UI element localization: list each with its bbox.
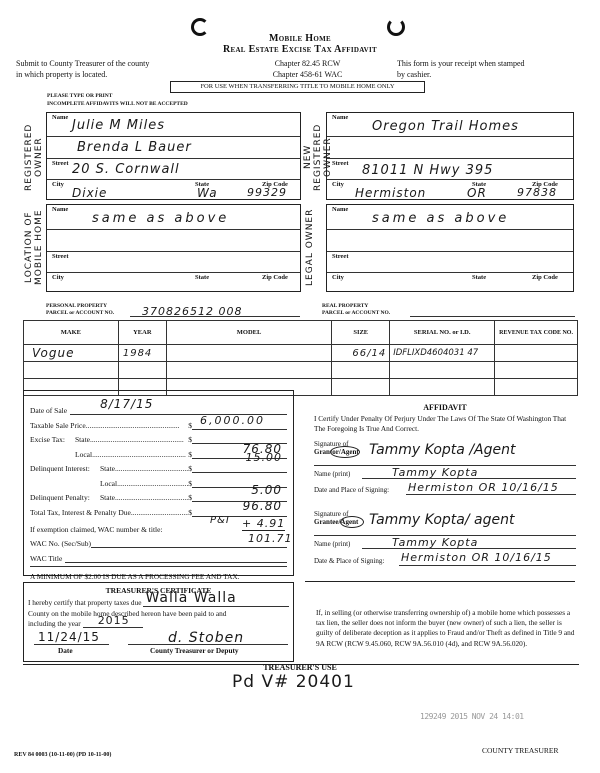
grantor-name-label: Name (print) [314,470,350,478]
grantor-name-row: Name (print) Tammy Kopta [314,466,576,480]
cell-revenue-code[interactable] [495,345,578,362]
cell-year[interactable] [118,362,166,379]
certify-text: I hereby certify that property taxes due [28,598,141,607]
wac-title-label: WAC Title [30,554,62,563]
header-make: MAKE [24,321,119,345]
delinquent-interest-state-label: State [100,464,115,473]
street-label: Street [332,160,348,167]
form-number: REV 84 0003 (10-11-00) (PD 10-11-00) [14,752,111,758]
leader-dots: ........................................… [92,450,188,459]
agent-circle-icon [340,516,364,528]
receipt-note-line1: This form is your receipt when stamped [397,58,525,69]
table-row: Vogue 1984 66/14 IDFLIXD4604031 47 [24,345,578,362]
registered-owner-street: 20 S. Cornwall [72,162,180,177]
table-row [24,362,578,379]
annotation-add: + 4.91 [242,517,285,531]
cert-date-value: 11/24/15 [38,630,100,644]
wac-title-row: WAC Title [30,548,287,563]
grantee-date-field[interactable]: Hermiston OR 10/16/15 [399,551,576,566]
submit-note: Submit to County Treasurer of the county… [16,58,149,80]
transfer-banner: FOR USE WHEN TRANSFERRING TITLE TO MOBIL… [170,81,425,93]
receipt-note: This form is your receipt when stamped b… [397,58,525,80]
grantee-date-place: Hermiston OR 10/16/15 [401,551,552,564]
location-name-field[interactable]: Name same as above [47,205,300,230]
street-label: Street [52,253,68,260]
leader-dots: ........................................… [86,421,189,430]
cell-serial[interactable]: IDFLIXD4604031 47 [390,345,495,362]
registered-owner-city[interactable]: Dixie [72,186,107,200]
real-parcel-label-line2: PARCEL or ACCOUNT NO. [322,310,390,317]
grantee-name-row: Name (print) Tammy Kopta [314,536,576,550]
cell-size[interactable] [332,379,390,396]
legal-owner-street-field[interactable]: Street [327,252,573,273]
cert-signature-row: 11/24/15 Date d. Stoben County Treasurer… [28,628,289,656]
grantee-name-field[interactable]: Tammy Kopta [362,536,576,549]
location-section-label: LOCATION OF MOBILE HOME [24,205,48,290]
wac-no-label: WAC No. (Sec/Sub) [30,539,91,548]
grantor-date-row: Date and Place of Signing: Hermiston OR … [314,480,576,496]
real-parcel-label-line1: REAL PROPERTY [322,303,390,310]
personal-parcel-value: 370826512 008 [142,305,242,318]
date-of-sale-value: 8/17/15 [100,397,153,411]
name-label: Name [52,114,68,121]
cell-model[interactable] [166,345,332,362]
section-label-line1: NEW REGISTERED [303,123,323,190]
name-label: Name [332,114,348,121]
grantor-signature-row: Signature of Grantor/Agent Tammy Kopta /… [314,438,576,466]
registered-owner-name2: Brenda L Bauer [77,140,192,155]
new-owner-city-row: City State Zip Code Hermiston OR 97838 [327,180,573,200]
city-label: City [332,274,344,281]
new-owner-name: Oregon Trail Homes [372,119,519,134]
header-model: MODEL [166,321,332,345]
city-label: City [52,274,64,281]
personal-parcel-label: PERSONAL PROPERTY PARCEL or ACCOUNT NO. [46,303,114,317]
grantor-name: Tammy Kopta [392,466,478,479]
cert-date-field[interactable]: 11/24/15 [34,630,109,645]
new-registered-owner-section-label: NEW REGISTERED OWNER [303,112,327,202]
new-registered-owner-box: Name Oregon Trail Homes Street 81011 N H… [326,112,574,200]
section-label-text: LEGAL OWNER [305,209,315,286]
instruction-incomplete: INCOMPLETE AFFIDAVITS WILL NOT BE ACCEPT… [47,100,188,108]
legal-owner-section-label: LEGAL OWNER [305,205,325,290]
cell-size[interactable]: 66/14 [332,345,390,362]
receipt-note-line2: by cashier. [397,69,525,80]
legal-owner-name2-field[interactable] [327,230,573,252]
chapter-wac: Chapter 458-61 WAC [250,69,365,80]
cert-signer-label: County Treasurer or Deputy [150,646,239,655]
real-parcel-field[interactable] [410,302,575,317]
delinquent-interest-label: Delinquent Interest: [30,464,100,473]
name-label: Name [52,206,68,213]
annotation-pi: P&I [210,515,230,526]
header-revenue-tax-code: REVENUE TAX CODE NO. [495,321,578,345]
registered-owner-name1-field[interactable]: Name Julie M Miles [47,113,300,137]
cell-make[interactable]: Vogue [24,345,119,362]
cell-model[interactable] [166,362,332,379]
date-of-sale-row: Date of Sale 8/17/15 [30,395,287,415]
form-subtitle: Real Estate Excise Tax Affidavit [0,44,600,55]
city-label: City [332,181,344,188]
tax-box: Date of Sale 8/17/15 Taxable Sale Price … [23,390,294,576]
exemption-label: If exemption claimed, WAC number & title… [30,525,163,534]
state-label: State [195,274,209,281]
treasurer-certificate-box: TREASURER'S CERTIFICATE I hereby certify… [23,582,294,662]
grantor-date-place: Hermiston OR 10/16/15 [408,481,559,494]
cert-date-label: Date [58,646,73,655]
leader-dots: ........................................… [115,493,188,502]
legal-owner-city-row[interactable]: City State Zip Code [327,273,573,291]
treasurer-use-title: TREASURER'S USE [0,663,600,672]
table-header-row: MAKE YEAR MODEL SIZE SERIAL NO. or I.D. … [24,321,578,345]
personal-parcel-label-line1: PERSONAL PROPERTY [46,303,114,310]
chapter-rcw: Chapter 82.45 RCW [250,58,365,69]
grantor-date-field[interactable]: Hermiston OR 10/16/15 [406,481,576,495]
header-size: SIZE [332,321,390,345]
affidavit-section: AFFIDAVIT I Certify Under Penalty Of Per… [314,403,576,568]
registered-owner-state[interactable]: Wa [197,186,218,200]
chapter-refs: Chapter 82.45 RCW Chapter 458-61 WAC [250,58,365,80]
county-treasurer-label: COUNTY TREASURER [482,746,558,755]
cell-year[interactable]: 1984 [118,345,166,362]
grantee-date-row: Date & Place of Signing: Hermiston OR 10… [314,550,576,568]
location-name2-field[interactable] [47,230,300,252]
year-row: including the year 2015 [28,618,289,628]
mobile-home-table: MAKE YEAR MODEL SIZE SERIAL NO. or I.D. … [23,320,578,396]
registered-owner-zip[interactable]: 99329 [247,186,287,199]
year-value: 2015 [98,614,130,627]
date-of-sale-label: Date of Sale [30,406,67,415]
grantee-date-label: Date & Place of Signing: [314,557,384,565]
affidavit-divider [305,581,575,582]
header-serial: SERIAL NO. or I.D. [390,321,495,345]
personal-parcel-field[interactable]: 370826512 008 [130,302,300,317]
grantor-date-label: Date and Place of Signing: [314,486,389,494]
grantor-name-field[interactable]: Tammy Kopta [362,466,576,479]
county-field[interactable]: Walla Walla [143,596,289,607]
tax-lien-warning: If, in selling (or otherwise transferrin… [316,608,578,649]
delinquent-interest-local-row: Local ..................................… [30,473,287,488]
state-label: State [472,274,486,281]
agent-circle-icon [330,446,360,458]
section-label-line1: LOCATION OF [24,212,34,284]
grantee-name: Tammy Kopta [392,536,478,549]
cell-revenue-code[interactable] [495,379,578,396]
form-title: Mobile Home [0,33,600,44]
new-owner-name-field[interactable]: Name Oregon Trail Homes [327,113,573,137]
new-owner-state[interactable]: OR [467,186,487,200]
registered-owner-section-label: REGISTERED OWNER [24,115,48,200]
real-parcel-label: REAL PROPERTY PARCEL or ACCOUNT NO. [322,303,390,317]
grantee-signature-row: Signature of Grantee/Agent Tammy Kopta/ … [314,508,576,536]
new-owner-name2-field[interactable] [327,137,573,159]
cell-serial[interactable] [390,379,495,396]
new-owner-street-field[interactable]: Street 81011 N Hwy 395 [327,159,573,180]
delinquent-interest-local-label: Local [100,479,117,488]
legal-owner-name: same as above [372,211,509,226]
mobile-home-table-container: MAKE YEAR MODEL SIZE SERIAL NO. or I.D. … [23,320,578,396]
street-label: Street [52,160,68,167]
cell-serial[interactable] [390,362,495,379]
leader-dots: ........................................… [115,464,188,473]
zip-label: Zip Code [532,274,558,281]
street-label: Street [332,253,348,260]
leader-dots: ........................................… [117,479,188,488]
personal-parcel-label-line2: PARCEL or ACCOUNT NO. [46,310,114,317]
delinquent-penalty-state-label: State [100,493,115,502]
name-label: Name [332,206,348,213]
grantor-signature[interactable]: Tammy Kopta /Agent [369,442,515,458]
registered-owner-name1: Julie M Miles [72,118,165,133]
excise-local-label: Local [75,450,92,459]
taxable-price-value: 6,000.00 [200,414,265,427]
legal-owner-box: Name same as above Street City State Zip… [326,204,574,292]
registered-owner-city-row: City State Zip Code Dixie Wa 99329 [47,180,300,200]
treasurer-handwritten-receipt: Pd V# 20401 [232,672,355,692]
annotation-total: 101.71 [248,532,293,545]
delinquent-interest-state-field[interactable]: 15.00 [192,460,287,473]
minimum-fee-note: A MINIMUM OF $2.00 IS DUE AS A PROCESSIN… [30,566,287,581]
year-field[interactable]: 2015 [83,619,143,628]
registered-owner-box: Name Julie M Miles Brenda L Bauer Street… [46,112,301,200]
wac-no-row: WAC No. (Sec/Sub) 101.71 [30,534,287,549]
excise-state-label: State [75,435,90,444]
total-label: Total Tax, Interest & Penalty Due [30,508,131,517]
registered-owner-name2-field[interactable]: Brenda L Bauer [47,137,300,159]
taxable-price-field[interactable]: 6,000.00 [192,417,287,430]
instructions: PLEASE TYPE OR PRINT INCOMPLETE AFFIDAVI… [47,92,188,108]
section-label-line2: MOBILE HOME [34,210,44,286]
taxable-price-row: Taxable Sale Price .....................… [30,415,287,430]
grantee-signature[interactable]: Tammy Kopta/ agent [369,512,514,528]
delinquent-penalty-value: 5.00 [251,483,282,497]
zip-label: Zip Code [262,274,288,281]
excise-tax-label: Excise Tax: [30,435,75,444]
delinquent-interest-state-row: Delinquent Interest: State .............… [30,459,287,474]
cert-signature-field[interactable]: d. Stoben [128,630,288,645]
new-owner-zip[interactable]: 97838 [517,186,557,199]
affidavit-statement: I Certify Under Penalty Of Perjury Under… [314,414,576,434]
cell-size[interactable] [332,362,390,379]
location-city-row[interactable]: City State Zip Code [47,273,300,291]
section-label-line2: OWNER [34,138,44,178]
new-owner-street: 81011 N Hwy 395 [362,163,493,178]
cert-signature: d. Stoben [168,630,244,646]
registered-owner-street-field[interactable]: Street 20 S. Cornwall [47,159,300,180]
certify-text-line2: County on the mobile home described here… [28,609,289,618]
location-box: Name same as above Street City State Zip… [46,204,301,292]
instruction-print: PLEASE TYPE OR PRINT [47,92,188,100]
legal-owner-name-field[interactable]: Name same as above [327,205,573,230]
location-name: same as above [92,211,229,226]
delinquent-penalty-label: Delinquent Penalty: [30,493,100,502]
leader-dots: ........................................… [90,435,188,444]
wac-title-field[interactable] [65,551,287,563]
delinquent-interest-state-value: 15.00 [246,451,283,464]
submit-note-line1: Submit to County Treasurer of the county [16,58,149,69]
section-label-line1: REGISTERED [24,124,34,191]
submit-note-line2: in which property is located. [16,69,149,80]
leader-dots: ........................................… [131,508,188,517]
cell-revenue-code[interactable] [495,362,578,379]
taxable-price-label: Taxable Sale Price [30,421,86,430]
grantee-name-label: Name (print) [314,540,350,548]
total-value: 96.80 [243,499,282,513]
year-label: including the year [28,619,81,628]
county-value: Walla Walla [145,590,236,606]
affidavit-title: AFFIDAVIT [314,403,576,412]
cashier-stamp: 129249 2015 NOV 24 14:01 [420,712,524,721]
city-label: City [52,181,64,188]
new-owner-city[interactable]: Hermiston [355,186,426,200]
cell-make[interactable] [24,362,119,379]
total-row: Total Tax, Interest & Penalty Due ......… [30,502,287,517]
certify-row: I hereby certify that property taxes due… [28,595,289,607]
location-street-field[interactable]: Street [47,252,300,273]
header-year: YEAR [118,321,166,345]
total-field[interactable]: 96.80 [192,504,287,517]
